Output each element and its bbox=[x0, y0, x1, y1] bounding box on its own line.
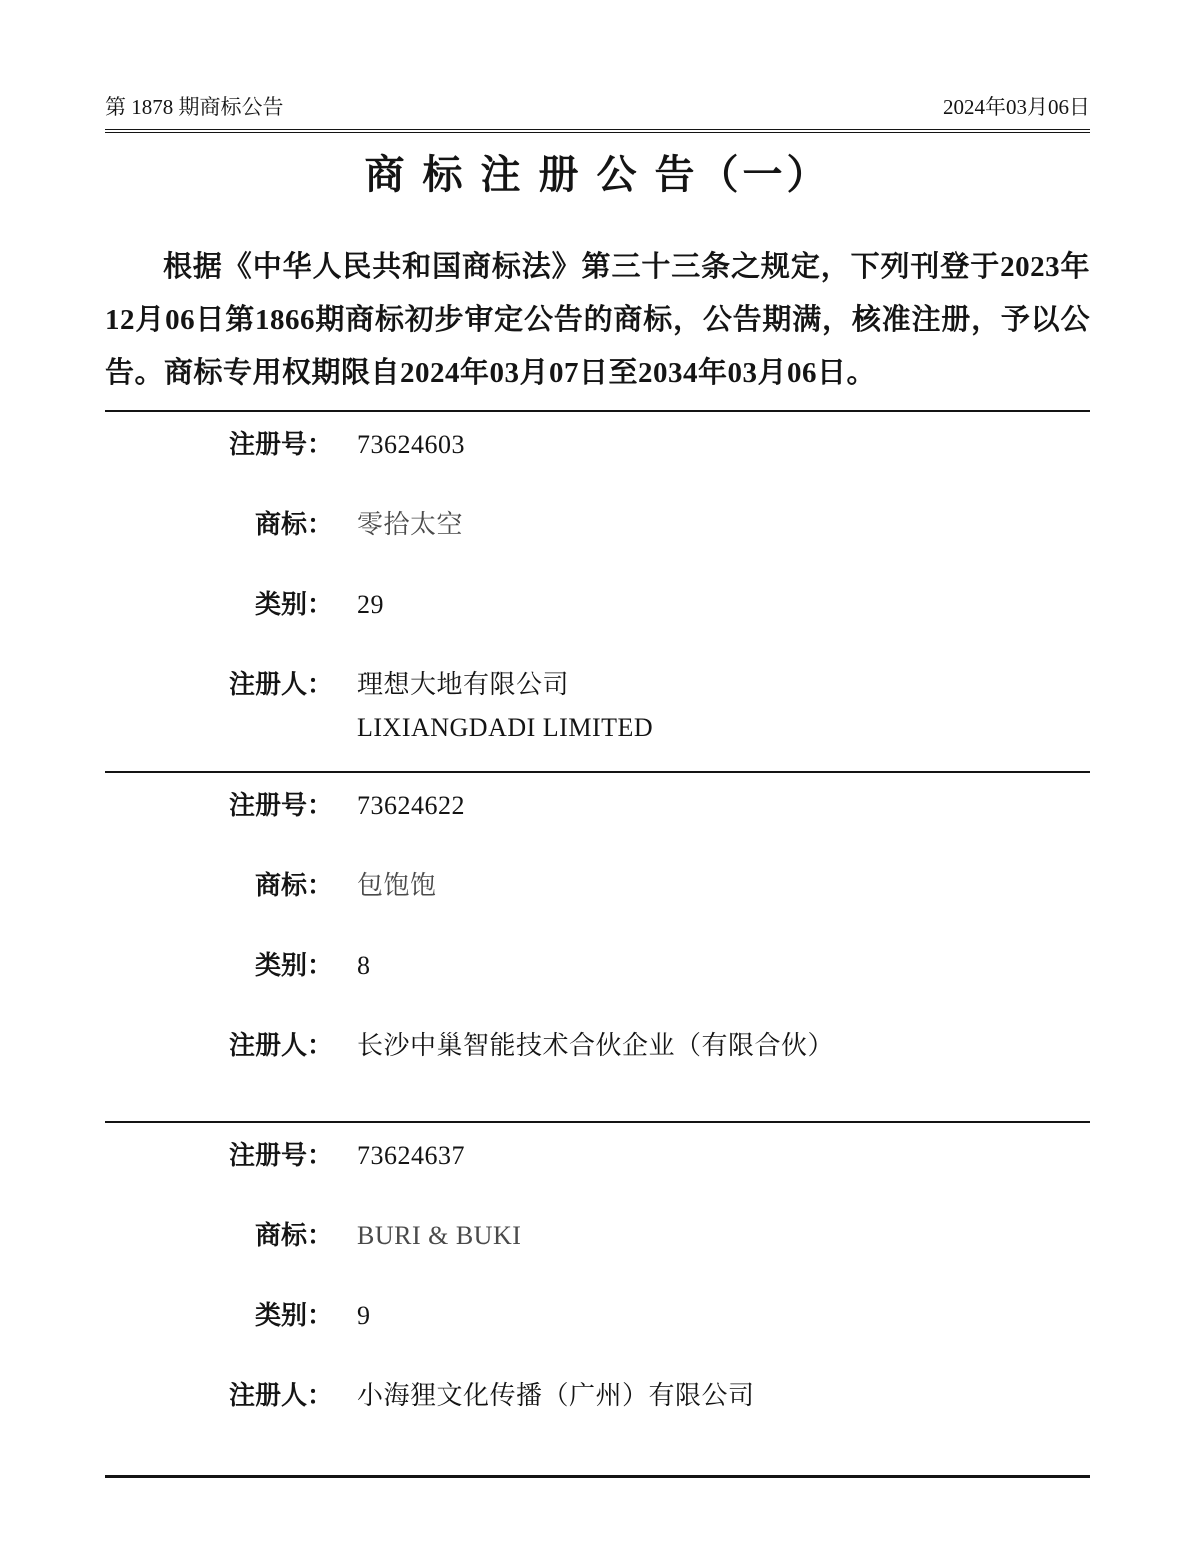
trademark-entry: 注册号： 73624603 商标： 零拾太空 类别： 29 注册人： 理想大地有… bbox=[105, 410, 1090, 771]
field-row-class: 类别： 8 bbox=[105, 951, 1090, 981]
registrant-label: 注册人： bbox=[105, 670, 333, 700]
document-header: 第 1878 期商标公告 2024年03月06日 bbox=[105, 0, 1090, 133]
field-row-registrant: 注册人： 理想大地有限公司 LIXIANGDADI LIMITED bbox=[105, 670, 1090, 747]
page-title: 商 标 注 册 公 告（一） bbox=[105, 149, 1090, 201]
reg-no-value: 73624603 bbox=[333, 430, 465, 460]
class-label: 类别： bbox=[105, 590, 333, 620]
bottom-rule bbox=[105, 1475, 1090, 1478]
issue-label: 第 1878 期商标公告 bbox=[105, 94, 284, 120]
registrant-name-cn: 长沙中巢智能技术合伙企业（有限合伙） bbox=[333, 1031, 834, 1061]
registrant-name-cn: 小海狸文化传播（广州）有限公司 bbox=[333, 1381, 755, 1411]
registrant-label: 注册人： bbox=[105, 1031, 333, 1061]
field-row-reg-no: 注册号： 73624622 bbox=[105, 791, 1090, 821]
field-row-mark: 商标： 包饱饱 bbox=[105, 871, 1090, 901]
gazette-page: 第 1878 期商标公告 2024年03月06日 商 标 注 册 公 告（一） … bbox=[0, 0, 1190, 1564]
trademark-entry: 注册号： 73624637 商标： BURI & BUKI 类别： 9 注册人：… bbox=[105, 1121, 1090, 1475]
reg-no-value: 73624637 bbox=[333, 1141, 465, 1171]
registrant-name-cn: 理想大地有限公司 bbox=[357, 670, 569, 699]
mark-label: 商标： bbox=[105, 1221, 333, 1251]
field-row-class: 类别： 29 bbox=[105, 590, 1090, 620]
class-label: 类别： bbox=[105, 951, 333, 981]
trademark-entry: 注册号： 73624622 商标： 包饱饱 类别： 8 注册人： 长沙中巢智能技… bbox=[105, 771, 1090, 1121]
mark-label: 商标： bbox=[105, 871, 333, 901]
page-content: 第 1878 期商标公告 2024年03月06日 商 标 注 册 公 告（一） … bbox=[105, 0, 1090, 1478]
mark-label: 商标： bbox=[105, 510, 333, 540]
reg-no-label: 注册号： bbox=[105, 1141, 333, 1171]
registrant-value: 理想大地有限公司 LIXIANGDADI LIMITED bbox=[333, 670, 653, 747]
mark-value: BURI & BUKI bbox=[333, 1221, 521, 1251]
field-row-registrant: 注册人： 长沙中巢智能技术合伙企业（有限合伙） bbox=[105, 1031, 1090, 1061]
class-label: 类别： bbox=[105, 1301, 333, 1331]
registrant-name-en: LIXIANGDADI LIMITED bbox=[357, 709, 653, 747]
class-value: 8 bbox=[333, 951, 371, 981]
field-row-class: 类别： 9 bbox=[105, 1301, 1090, 1331]
field-row-registrant: 注册人： 小海狸文化传播（广州）有限公司 bbox=[105, 1381, 1090, 1411]
registrant-label: 注册人： bbox=[105, 1381, 333, 1411]
intro-paragraph: 根据《中华人民共和国商标法》第三十三条之规定，下列刊登于2023年12月06日第… bbox=[105, 241, 1090, 400]
reg-no-value: 73624622 bbox=[333, 791, 465, 821]
field-row-mark: 商标： BURI & BUKI bbox=[105, 1221, 1090, 1251]
mark-value: 包饱饱 bbox=[333, 871, 437, 901]
field-row-mark: 商标： 零拾太空 bbox=[105, 510, 1090, 540]
reg-no-label: 注册号： bbox=[105, 430, 333, 460]
date-label: 2024年03月06日 bbox=[943, 94, 1090, 120]
field-row-reg-no: 注册号： 73624603 bbox=[105, 430, 1090, 460]
reg-no-label: 注册号： bbox=[105, 791, 333, 821]
trademark-entries: 注册号： 73624603 商标： 零拾太空 类别： 29 注册人： 理想大地有… bbox=[105, 410, 1090, 1478]
mark-value: 零拾太空 bbox=[333, 510, 463, 540]
class-value: 9 bbox=[333, 1301, 371, 1331]
class-value: 29 bbox=[333, 590, 384, 620]
field-row-reg-no: 注册号： 73624637 bbox=[105, 1141, 1090, 1171]
